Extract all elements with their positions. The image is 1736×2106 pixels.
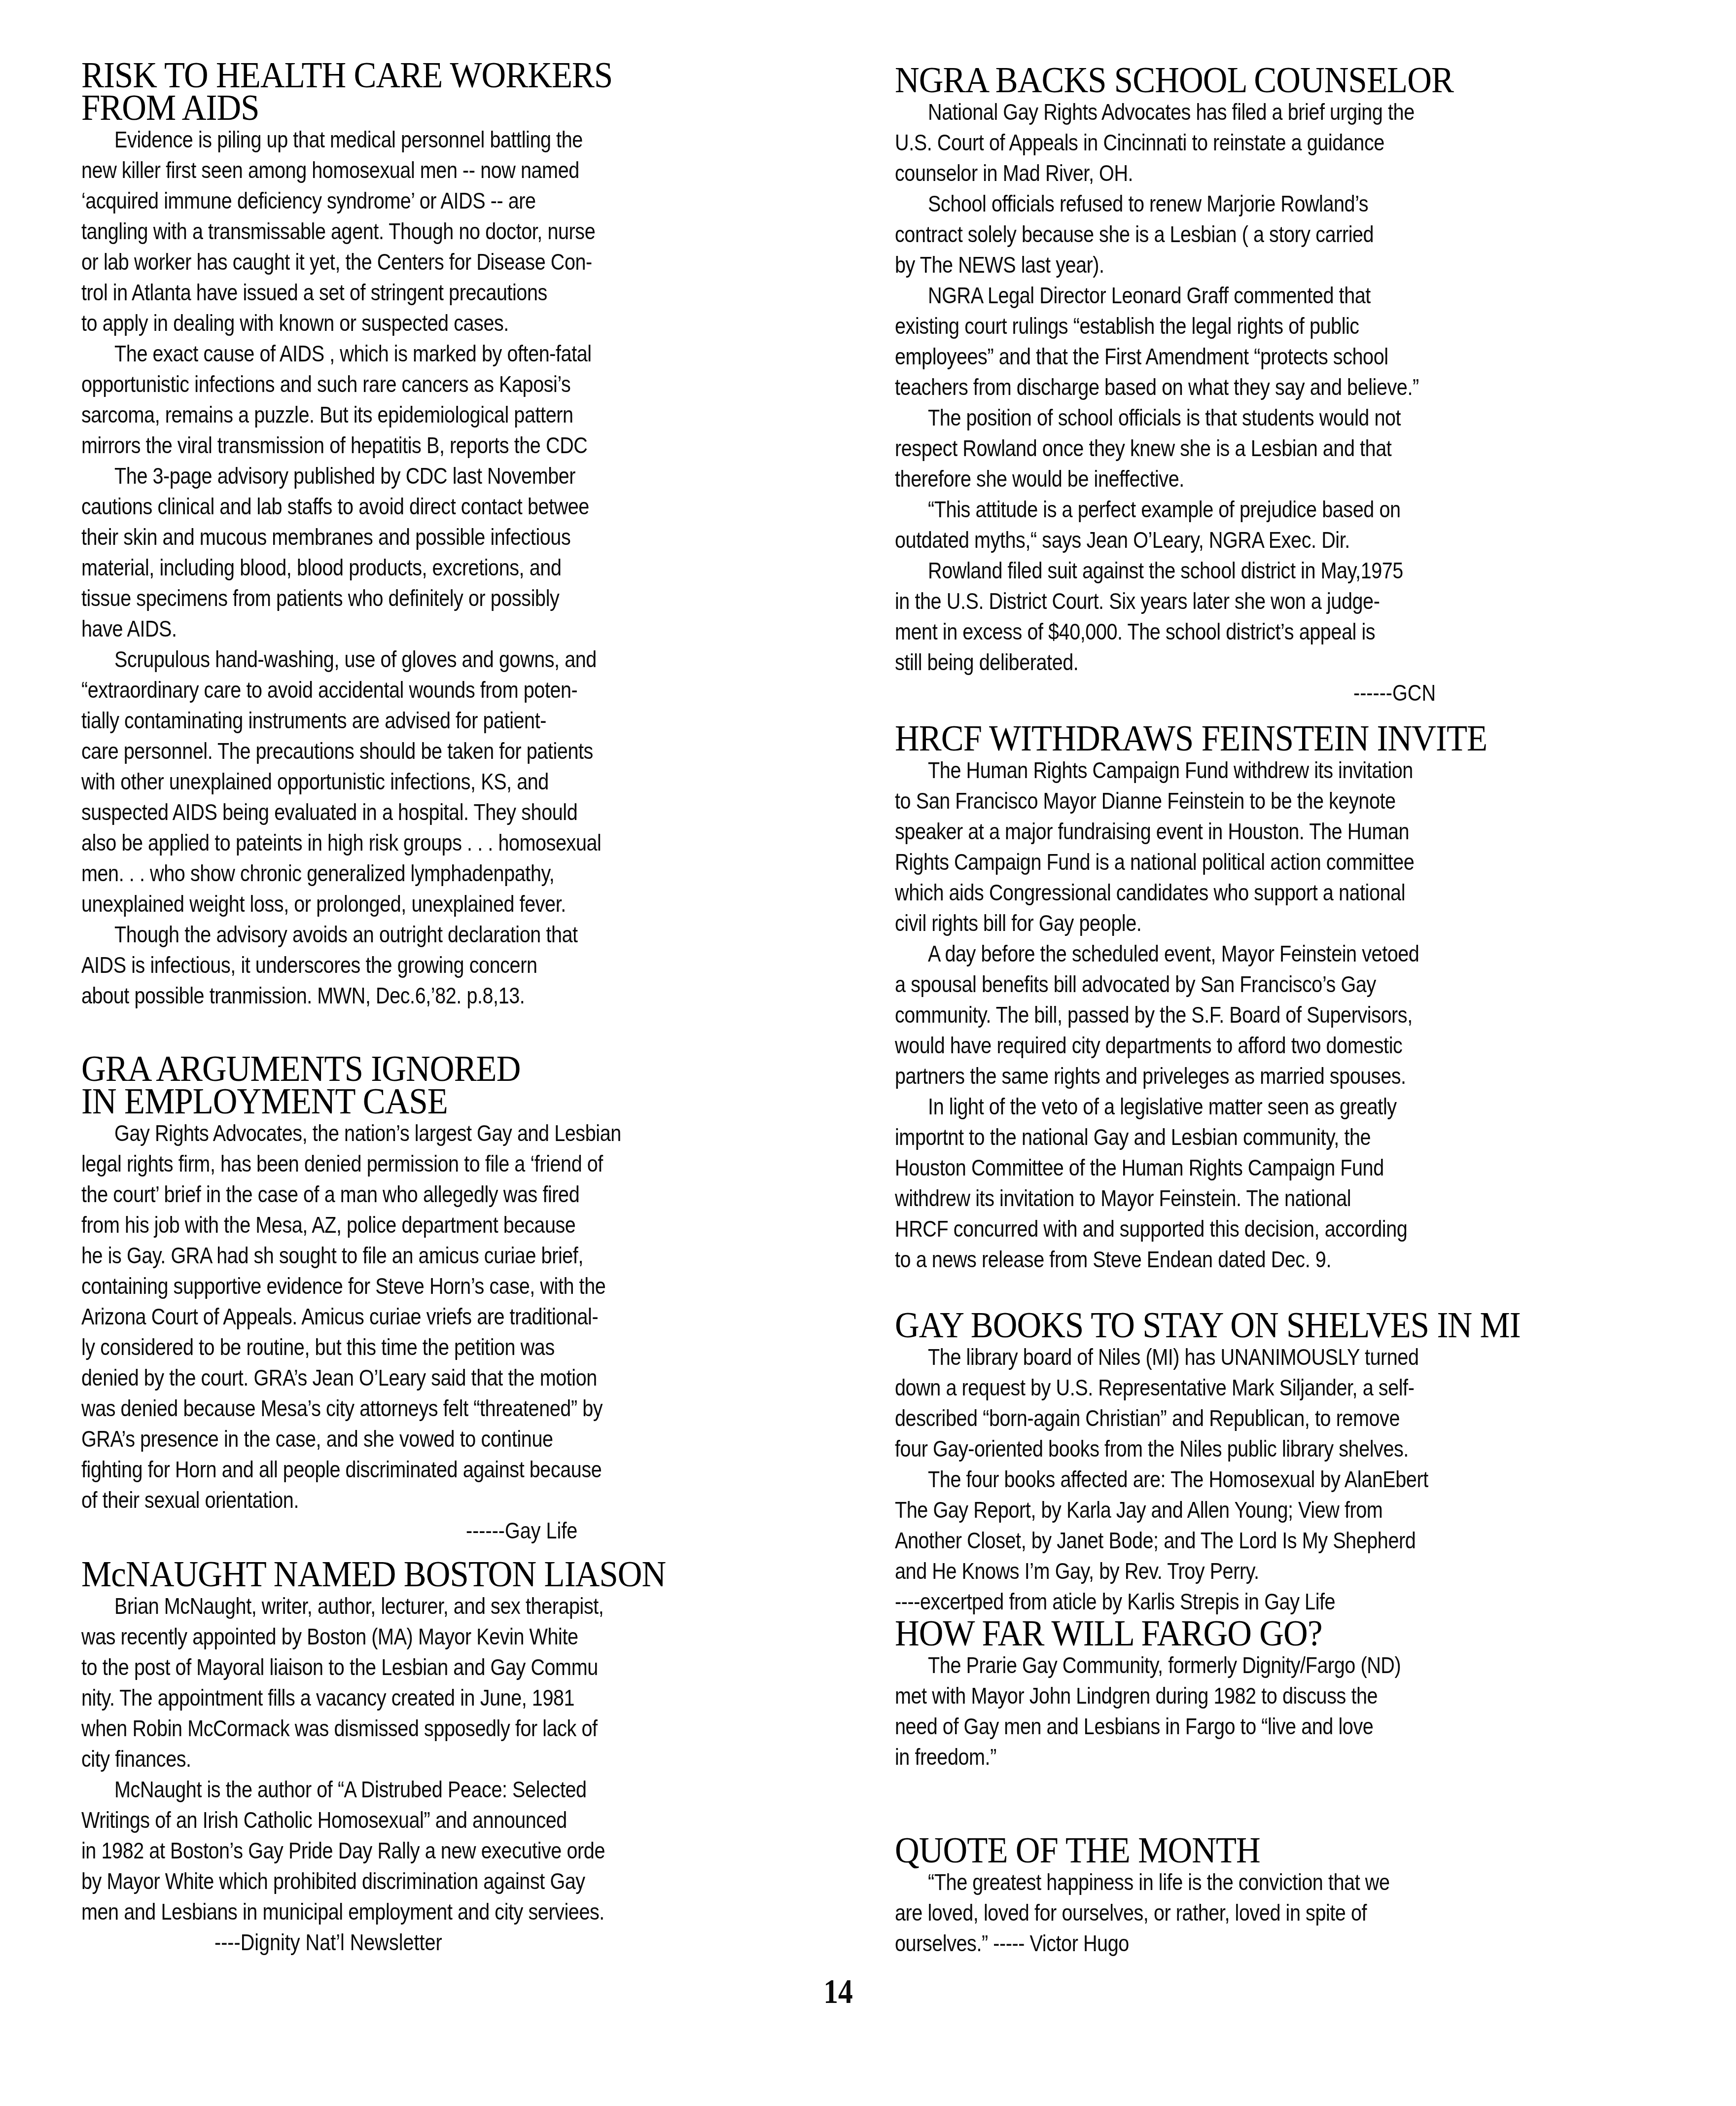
article-body: The library board of Niles (MI) has UNAN… <box>895 1342 1557 1617</box>
body-line: outdated myths,“ says Jean O’Leary, NGRA… <box>895 525 1557 555</box>
body-line: ourselves.” ----- Victor Hugo <box>895 1928 1557 1959</box>
body-line: fighting for Horn and all people discrim… <box>81 1454 737 1485</box>
body-line: the court’ brief in the case of a man wh… <box>81 1179 737 1210</box>
body-line: partners the same rights and priveleges … <box>895 1061 1557 1091</box>
body-line: ment in excess of $40,000. The school di… <box>895 616 1557 647</box>
body-line: Rights Campaign Fund is a national polit… <box>895 847 1557 877</box>
body-line: National Gay Rights Advocates has filed … <box>895 97 1557 127</box>
body-line: by The NEWS last year). <box>895 250 1557 280</box>
body-line: care personnel. The precautions should b… <box>81 736 737 766</box>
body-line: tially contaminating instruments are adv… <box>81 705 737 736</box>
body-line: also be applied to pateints in high risk… <box>81 827 737 858</box>
body-line: mirrors the viral transmission of hepati… <box>81 430 737 461</box>
headline: HOW FAR WILL FARGO GO? <box>895 1617 1610 1650</box>
body-line: therefore she would be ineffective. <box>895 464 1557 494</box>
body-line: Scrupulous hand-washing, use of gloves a… <box>81 644 737 675</box>
body-line: contract solely because she is a Lesbian… <box>895 219 1557 250</box>
body-line: in the U.S. District Court. Six years la… <box>895 586 1557 616</box>
body-line: The Prarie Gay Community, formerly Digni… <box>895 1650 1557 1680</box>
body-line: four Gay-oriented books from the Niles p… <box>895 1433 1557 1464</box>
body-line: Evidence is piling up that medical perso… <box>81 124 737 155</box>
body-line: Houston Committee of the Human Rights Ca… <box>895 1152 1557 1183</box>
body-line: need of Gay men and Lesbians in Fargo to… <box>895 1711 1557 1742</box>
body-line: their skin and mucous membranes and poss… <box>81 522 737 552</box>
body-line: met with Mayor John Lindgren during 1982… <box>895 1680 1557 1711</box>
source-credit: ----Dignity Nat’l Newsletter <box>214 1927 870 1958</box>
body-line: Writings of an Irish Catholic Homosexual… <box>81 1805 737 1835</box>
body-line: importnt to the national Gay and Lesbian… <box>895 1122 1557 1152</box>
headline: IN EMPLOYMENT CASE <box>81 1085 790 1118</box>
body-line: Another Closet, by Janet Bode; and The L… <box>895 1525 1557 1556</box>
body-line: about possible tranmission. MWN, Dec.6,’… <box>81 980 737 1011</box>
source-credit: ------GCN <box>1353 678 1736 708</box>
body-line: in freedom.” <box>895 1742 1557 1772</box>
body-line: by Mayor White which prohibited discrimi… <box>81 1866 737 1896</box>
body-line: of their sexual orientation. <box>81 1485 737 1515</box>
body-line: cautions clinical and lab staffs to avoi… <box>81 491 737 522</box>
body-line: and He Knows I’m Gay, by Rev. Troy Perry… <box>895 1556 1557 1586</box>
article-body: Evidence is piling up that medical perso… <box>81 124 737 1011</box>
body-line: to the post of Mayoral liaison to the Le… <box>81 1652 737 1682</box>
headline: McNAUGHT NAMED BOSTON LIASON <box>81 1558 790 1591</box>
body-line: described “born-again Christian” and Rep… <box>895 1403 1557 1433</box>
body-line: Though the advisory avoids an outright d… <box>81 919 737 950</box>
body-line: “This attitude is a perfect example of p… <box>895 494 1557 525</box>
article-body: Brian McNaught, writer, author, lecturer… <box>81 1591 737 1927</box>
body-line: ‘acquired immune deficiency syndrome’ or… <box>81 185 737 216</box>
body-line: The 3-page advisory published by CDC las… <box>81 461 737 491</box>
body-line: suspected AIDS being evaluated in a hosp… <box>81 797 737 827</box>
body-line: A day before the scheduled event, Mayor … <box>895 938 1557 969</box>
body-line: new killer first seen among homosexual m… <box>81 155 737 185</box>
body-line: Arizona Court of Appeals. Amicus curiae … <box>81 1301 737 1332</box>
headline: GAY BOOKS TO STAY ON SHELVES IN MI <box>895 1309 1610 1342</box>
article-risk-to-health-care-workers: RISK TO HEALTH CARE WORKERSFROM AIDSEvid… <box>81 59 843 1011</box>
article-body: National Gay Rights Advocates has filed … <box>895 97 1557 678</box>
body-line: counselor in Mad River, OH. <box>895 158 1557 188</box>
body-line: men and Lesbians in municipal employment… <box>81 1896 737 1927</box>
body-line: tissue specimens from patients who defin… <box>81 583 737 613</box>
headline: GRA ARGUMENTS IGNORED <box>81 1053 790 1085</box>
article-body: Gay Rights Advocates, the nation’s large… <box>81 1118 737 1515</box>
body-line: when Robin McCormack was dismissed sppos… <box>81 1713 737 1744</box>
body-line: unexplained weight loss, or prolonged, u… <box>81 889 737 919</box>
body-line: AIDS is infectious, it underscores the g… <box>81 950 737 980</box>
body-line: teachers from discharge based on what th… <box>895 372 1557 402</box>
body-line: “The greatest happiness in life is the c… <box>895 1867 1557 1897</box>
body-line: in 1982 at Boston’s Gay Pride Day Rally … <box>81 1835 737 1866</box>
body-line: withdrew its invitation to Mayor Feinste… <box>895 1183 1557 1214</box>
body-line: to apply in dealing with known or suspec… <box>81 308 737 338</box>
article-quote-of-the-month: QUOTE OF THE MONTH“The greatest happines… <box>895 1834 1664 1959</box>
body-line: still being deliberated. <box>895 647 1557 678</box>
body-line: city finances. <box>81 1744 737 1774</box>
body-line: The position of school officials is that… <box>895 402 1557 433</box>
article-ngra-backs-school-counselor: NGRA BACKS SCHOOL COUNSELORNational Gay … <box>895 64 1664 708</box>
article-body: The Human Rights Campaign Fund withdrew … <box>895 755 1557 1275</box>
body-line: civil rights bill for Gay people. <box>895 908 1557 938</box>
body-line: was denied because Mesa’s city attorneys… <box>81 1393 737 1424</box>
body-line: to a news release from Steve Endean date… <box>895 1244 1557 1275</box>
body-line: down a request by U.S. Representative Ma… <box>895 1372 1557 1403</box>
body-line: speaker at a major fundraising event in … <box>895 816 1557 847</box>
body-line: to San Francisco Mayor Dianne Feinstein … <box>895 785 1557 816</box>
article-gay-books-to-stay-on-shelves: GAY BOOKS TO STAY ON SHELVES IN MIThe li… <box>895 1309 1664 1617</box>
body-line: McNaught is the author of “A Distrubed P… <box>81 1774 737 1805</box>
article-hrcf-withdraws-feinstein-invite: HRCF WITHDRAWS FEINSTEIN INVITEThe Human… <box>895 722 1664 1275</box>
body-line: NGRA Legal Director Leonard Graff commen… <box>895 280 1557 311</box>
body-line: with other unexplained opportunistic inf… <box>81 766 737 797</box>
headline: HRCF WITHDRAWS FEINSTEIN INVITE <box>895 722 1610 755</box>
headline: FROM AIDS <box>81 92 790 124</box>
page-number: 14 <box>823 1972 853 2012</box>
article-gra-arguments-ignored: GRA ARGUMENTS IGNOREDIN EMPLOYMENT CASEG… <box>81 1053 843 1546</box>
article-body: The Prarie Gay Community, formerly Digni… <box>895 1650 1557 1772</box>
body-line: material, including blood, blood product… <box>81 552 737 583</box>
body-line: a spousal benefits bill advocated by San… <box>895 969 1557 999</box>
body-line: “extraordinary care to avoid accidental … <box>81 675 737 705</box>
body-line: trol in Atlanta have issued a set of str… <box>81 277 737 308</box>
body-line: existing court rulings “establish the le… <box>895 311 1557 341</box>
body-line: GRA’s presence in the case, and she vowe… <box>81 1424 737 1454</box>
body-line: Brian McNaught, writer, author, lecturer… <box>81 1591 737 1621</box>
body-line: nity. The appointment fills a vacancy cr… <box>81 1682 737 1713</box>
headline: RISK TO HEALTH CARE WORKERS <box>81 59 790 92</box>
body-line: ----excertped from aticle by Karlis Stre… <box>895 1586 1557 1617</box>
body-line: sarcoma, remains a puzzle. But its epide… <box>81 399 737 430</box>
article-mcnaught-named-boston-liason: McNAUGHT NAMED BOSTON LIASONBrian McNaug… <box>81 1558 843 1958</box>
body-line: The Gay Report, by Karla Jay and Allen Y… <box>895 1495 1557 1525</box>
body-line: denied by the court. GRA’s Jean O’Leary … <box>81 1362 737 1393</box>
body-line: or lab worker has caught it yet, the Cen… <box>81 247 737 277</box>
body-line: men. . . who show chronic generalized ly… <box>81 858 737 889</box>
body-line: ly considered to be routine, but this ti… <box>81 1332 737 1362</box>
body-line: The library board of Niles (MI) has UNAN… <box>895 1342 1557 1372</box>
body-line: from his job with the Mesa, AZ, police d… <box>81 1210 737 1240</box>
body-line: School officials refused to renew Marjor… <box>895 188 1557 219</box>
body-line: employees” and that the First Amendment … <box>895 341 1557 372</box>
body-line: HRCF concurred with and supported this d… <box>895 1214 1557 1244</box>
body-line: he is Gay. GRA had sh sought to file an … <box>81 1240 737 1271</box>
body-line: respect Rowland once they knew she is a … <box>895 433 1557 464</box>
body-line: In light of the veto of a legislative ma… <box>895 1091 1557 1122</box>
body-line: opportunistic infections and such rare c… <box>81 369 737 399</box>
body-line: U.S. Court of Appeals in Cincinnati to r… <box>895 127 1557 158</box>
body-line: The exact cause of AIDS , which is marke… <box>81 338 737 369</box>
article-how-far-will-fargo-go: HOW FAR WILL FARGO GO?The Prarie Gay Com… <box>895 1617 1664 1772</box>
body-line: containing supportive evidence for Steve… <box>81 1271 737 1301</box>
body-line: The Human Rights Campaign Fund withdrew … <box>895 755 1557 785</box>
article-body: “The greatest happiness in life is the c… <box>895 1867 1557 1959</box>
body-line: legal rights firm, has been denied permi… <box>81 1148 737 1179</box>
body-line: Rowland filed suit against the school di… <box>895 555 1557 586</box>
body-line: community. The bill, passed by the S.F. … <box>895 999 1557 1030</box>
body-line: tangling with a transmissable agent. Tho… <box>81 216 737 247</box>
body-line: Gay Rights Advocates, the nation’s large… <box>81 1118 737 1148</box>
body-line: was recently appointed by Boston (MA) Ma… <box>81 1621 737 1652</box>
headline: QUOTE OF THE MONTH <box>895 1834 1610 1867</box>
body-line: have AIDS. <box>81 613 737 644</box>
body-line: The four books affected are: The Homosex… <box>895 1464 1557 1495</box>
body-line: are loved, loved for ourselves, or rathe… <box>895 1897 1557 1928</box>
body-line: which aids Congressional candidates who … <box>895 877 1557 908</box>
body-line: would have required city departments to … <box>895 1030 1557 1061</box>
headline: NGRA BACKS SCHOOL COUNSELOR <box>895 64 1610 97</box>
